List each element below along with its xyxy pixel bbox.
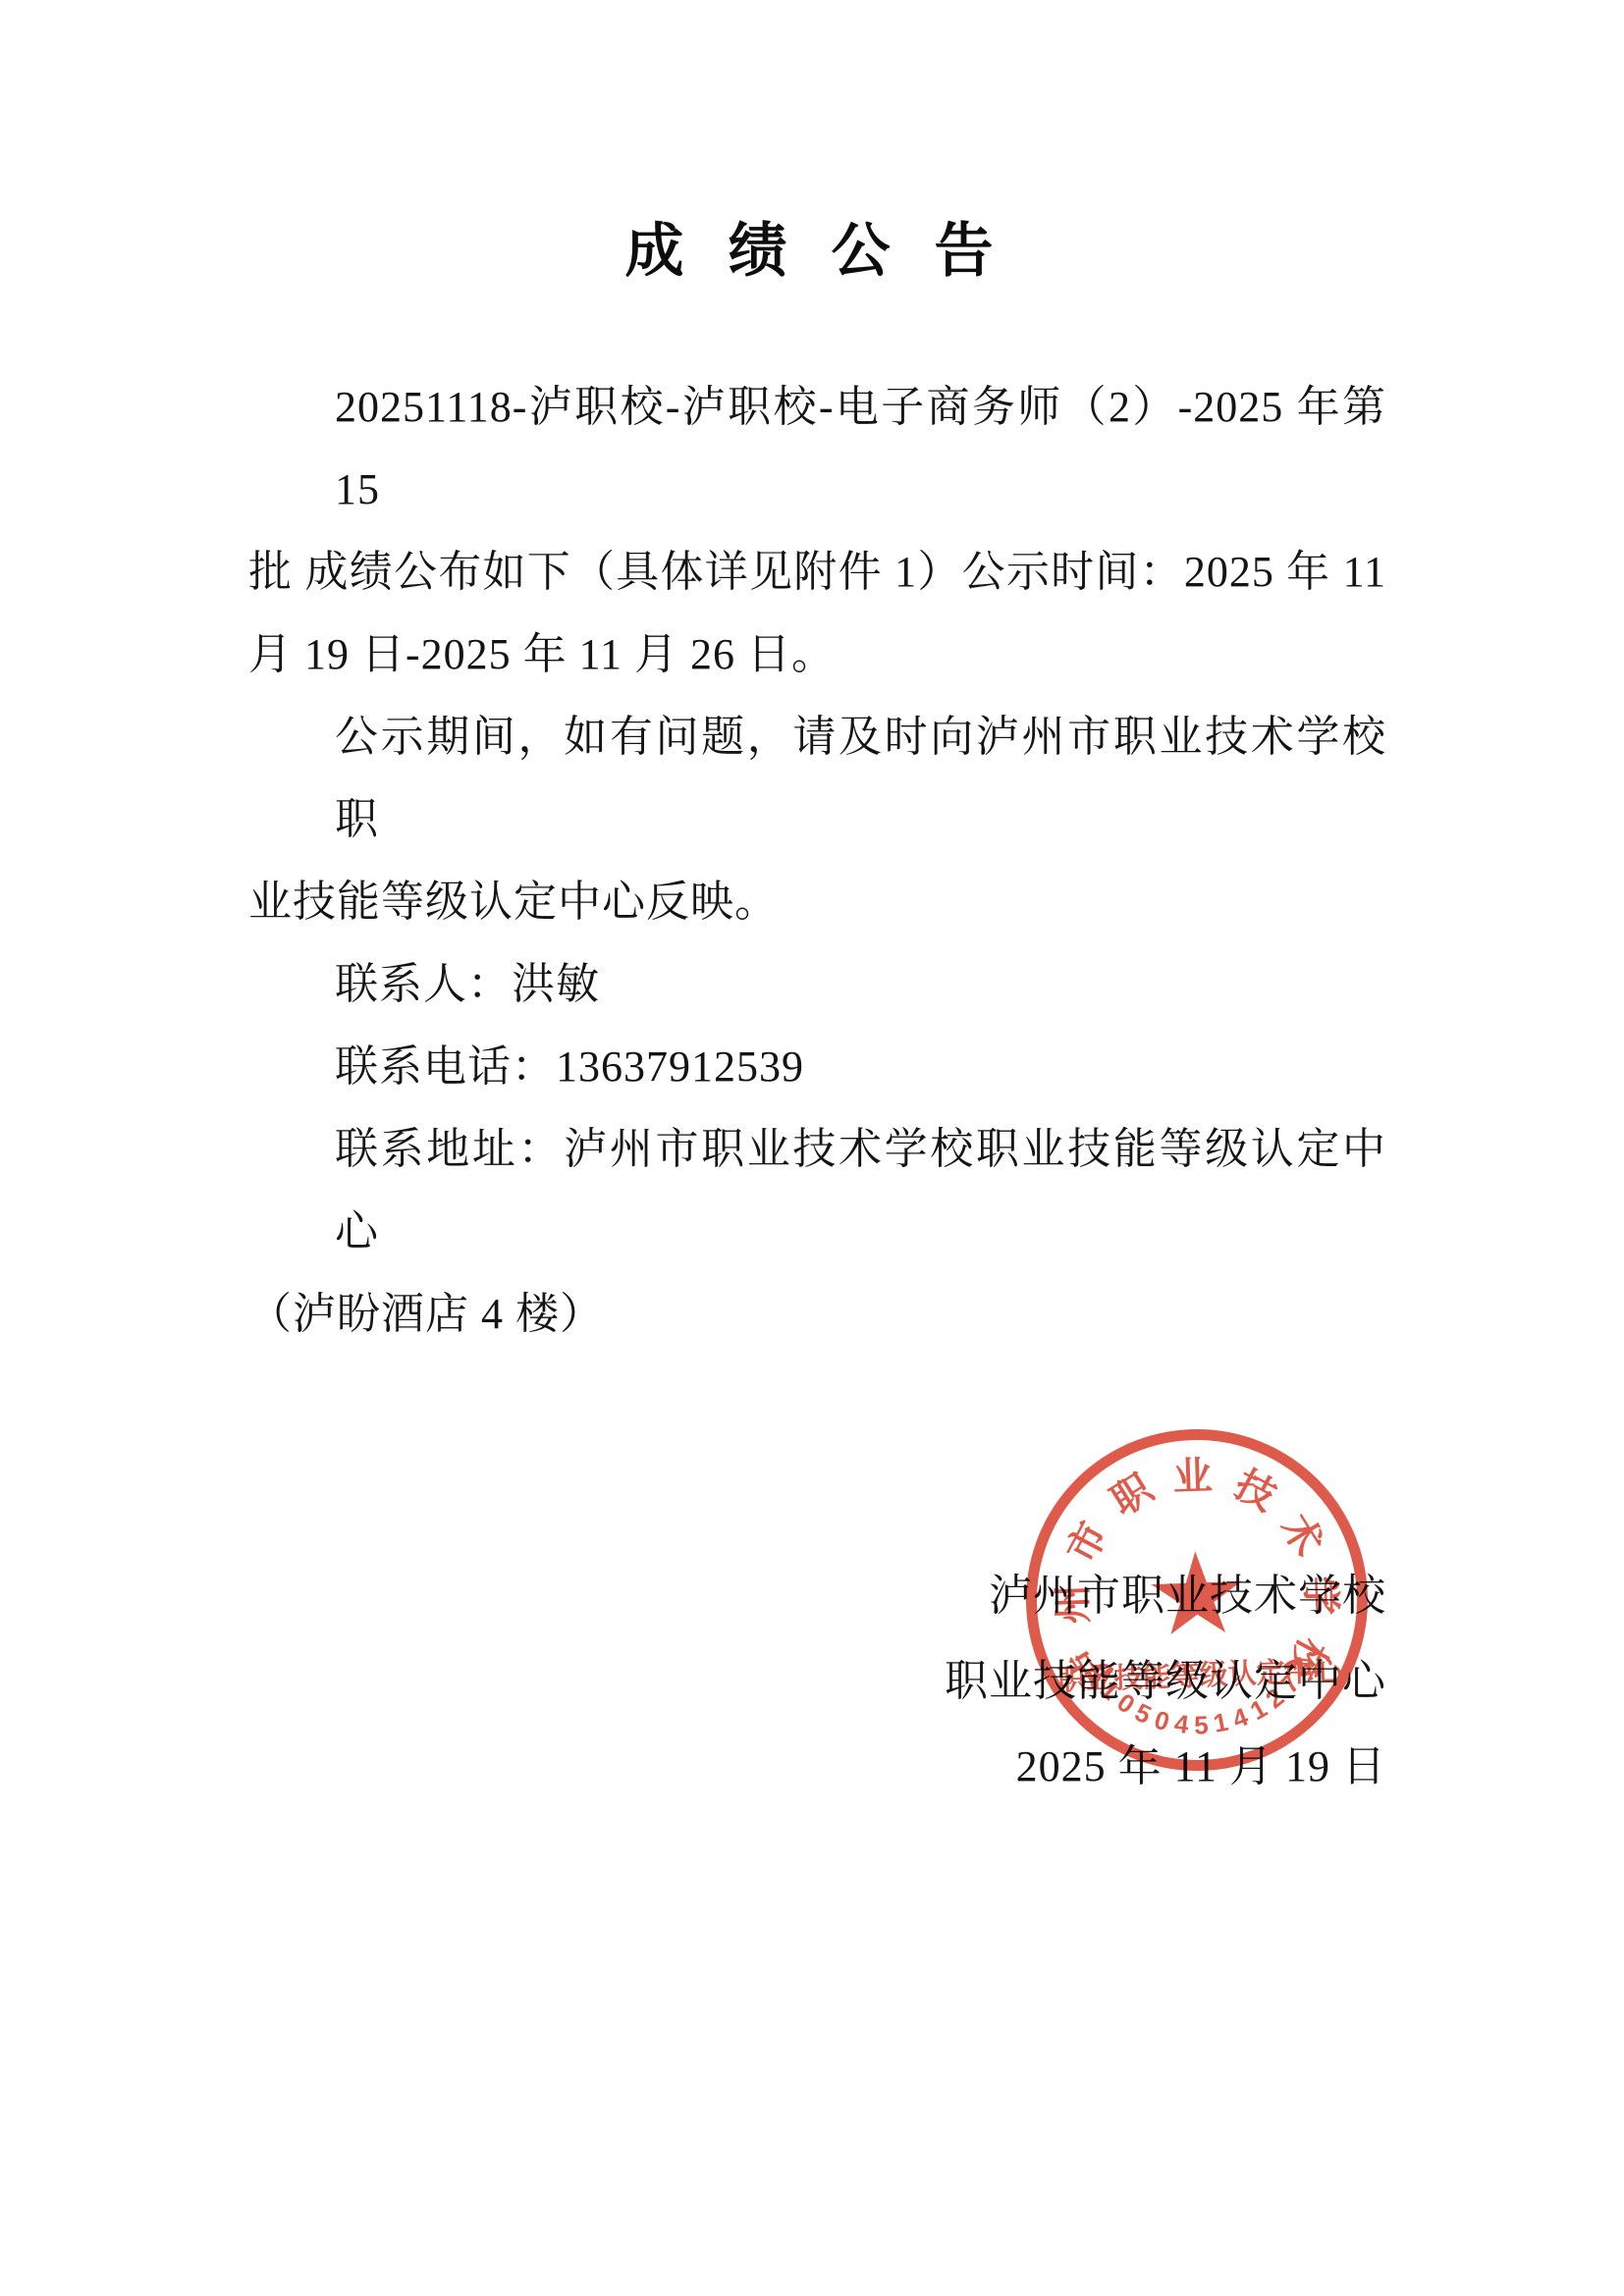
paragraph1-line3: 月 19 日-2025 年 11 月 26 日。 (248, 614, 1386, 696)
seal-arc-char: 州 (1042, 1584, 1099, 1626)
paragraph1-line1: 20251118-泸职校-泸职校-电子商务师（2）-2025 年第 15 (248, 366, 1386, 531)
contact-address-line1: 联系地址：泸州市职业技术学校职业技能等级认定中心 (248, 1108, 1386, 1273)
document-page: 成 绩 公 告 20251118-泸职校-泸职校-电子商务师（2）-2025 年… (0, 0, 1624, 2296)
official-seal: 泸州市职业技术学校 职业技能等级认定中心 5105045141273 (1020, 1423, 1374, 1777)
contact-block: 联系人：洪敏 联系电话：13637912539 联系地址：泸州市职业技术学校职业… (248, 943, 1386, 1356)
paragraph2-line2: 业技能等级认定中心反映。 (248, 861, 1386, 943)
contact-phone-line: 联系电话：13637912539 (248, 1026, 1386, 1108)
seal-arc-char: 业 (1172, 1445, 1214, 1502)
paragraph2-line1: 公示期间，如有问题，请及时向泸州市职业技术学校职 (248, 696, 1386, 861)
paragraph1-line2: 批 成绩公布如下（具体详见附件 1）公示时间：2025 年 11 (248, 531, 1386, 614)
body-paragraphs: 20251118-泸职校-泸职校-电子商务师（2）-2025 年第 15 批 成… (248, 366, 1386, 943)
contact-person-line: 联系人：洪敏 (248, 943, 1386, 1026)
doc-title: 成 绩 公 告 (0, 204, 1624, 289)
seal-number-char: 5 (1194, 1710, 1210, 1740)
contact-address-line2: （泸盼酒店 4 楼） (248, 1273, 1386, 1356)
seal-arc-char: 学 (1295, 1575, 1352, 1617)
